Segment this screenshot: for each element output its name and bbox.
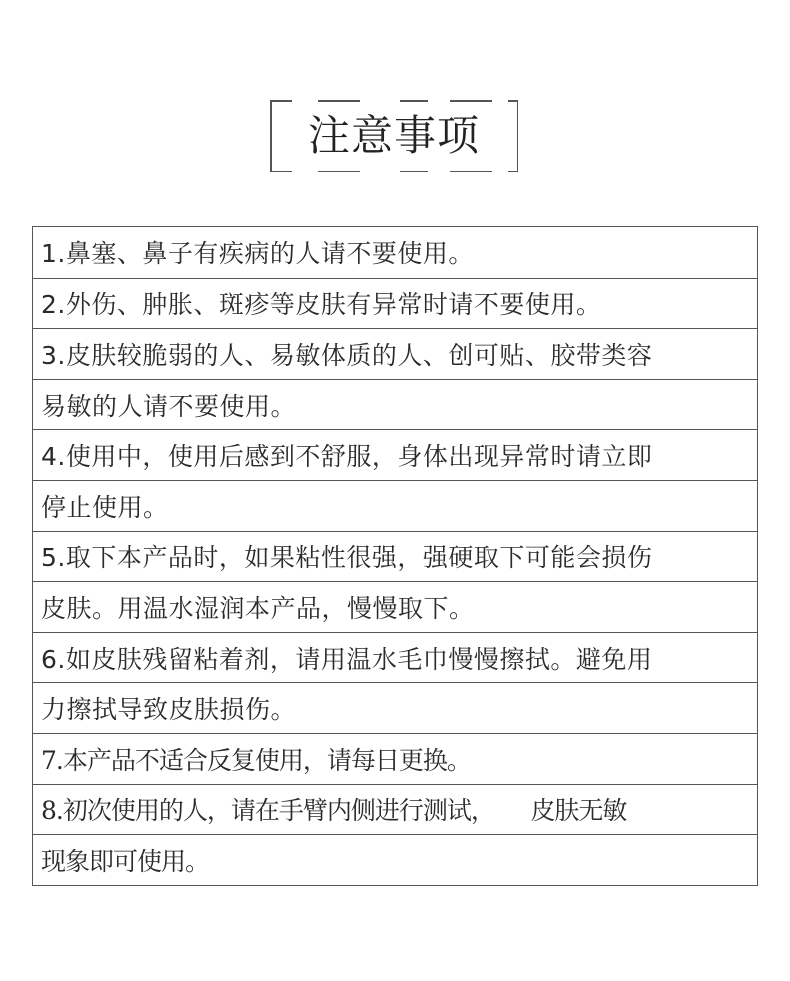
table-row: 停止使用。 [33, 480, 757, 531]
table-row: 易敏的人请不要使用。 [33, 379, 757, 430]
table-row: 现象即可使用。 [33, 834, 757, 885]
frame-dash [508, 100, 518, 102]
page-title: 注意事项 [270, 110, 518, 162]
table-row: 皮肤。用温水湿润本产品，慢慢取下。 [33, 581, 757, 632]
frame-dash [400, 171, 428, 173]
notice-table: 1.鼻塞、鼻子有疾病的人请不要使用。 2.外伤、肿胀、斑疹等皮肤有异常时请不要使… [32, 226, 758, 886]
table-row: 4.使用中，使用后感到不舒服，身体出现异常时请立即 [33, 429, 757, 480]
frame-dash [318, 171, 360, 173]
table-row: 5.取下本产品时，如果粘性很强，强硬取下可能会损伤 [33, 531, 757, 582]
table-row: 7.本产品不适合反复使用，请每日更换。 [33, 733, 757, 784]
frame-dash [450, 171, 492, 173]
table-row: 6.如皮肤残留粘着剂，请用温水毛巾慢慢擦拭。避免用 [33, 632, 757, 683]
frame-dash [450, 100, 492, 102]
frame-dash [508, 171, 518, 173]
table-row: 8.初次使用的人，请在手臂内侧进行测试， 皮肤无敏 [33, 784, 757, 835]
frame-dash [318, 100, 360, 102]
frame-dash [270, 171, 292, 173]
title-frame: 注意事项 [270, 100, 518, 172]
table-row: 1.鼻塞、鼻子有疾病的人请不要使用。 [33, 227, 757, 278]
table-row: 力擦拭导致皮肤损伤。 [33, 682, 757, 733]
frame-dash [270, 100, 292, 102]
table-row: 3.皮肤较脆弱的人、易敏体质的人、创可贴、胶带类容 [33, 328, 757, 379]
frame-dash [400, 100, 428, 102]
table-row: 2.外伤、肿胀、斑疹等皮肤有异常时请不要使用。 [33, 278, 757, 329]
